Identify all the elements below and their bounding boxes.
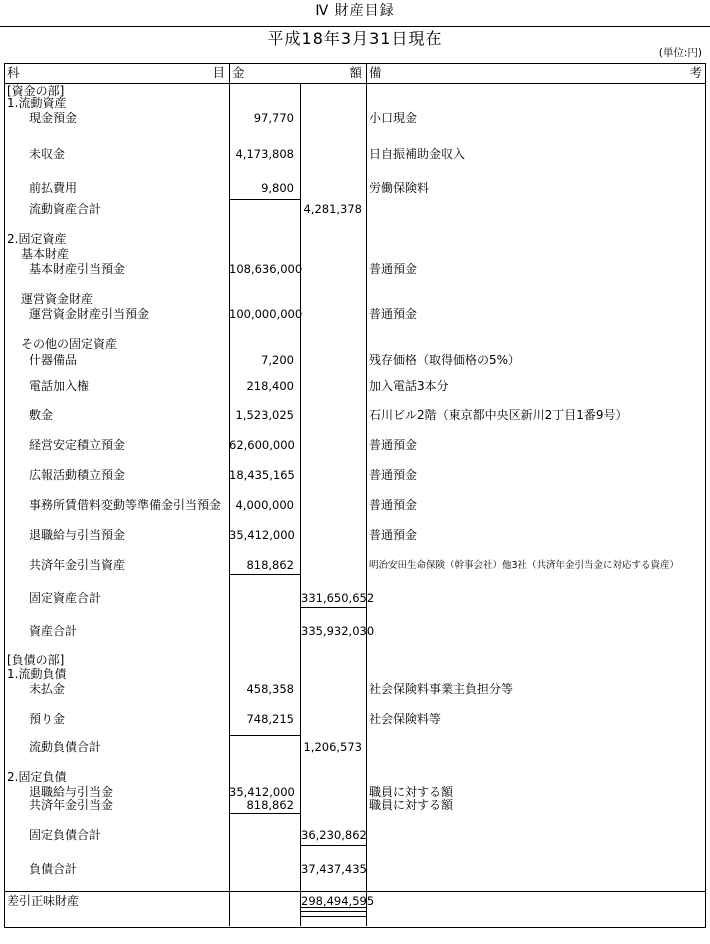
- total-rule-line: [229, 199, 301, 200]
- row-label: 広報活動積立預金: [29, 469, 125, 482]
- table-row: 1.流動資産: [0, 97, 710, 110]
- row-amount: 4,173,808: [229, 148, 294, 161]
- row-amount: 97,770: [229, 112, 294, 125]
- header-subject-right: 目: [212, 66, 225, 80]
- table-row: 預り金748,215社会保険料等: [0, 713, 710, 726]
- table-row: 固定負債合計36,230,862: [0, 829, 710, 842]
- row-label: 敷金: [29, 409, 53, 422]
- row-label: 固定負債合計: [29, 829, 101, 842]
- row-label: 1.流動資産: [7, 97, 66, 110]
- row-remark: 明治安田生命保険（幹事会社）他3社（共済年金引当金に対応する資産）: [369, 559, 703, 572]
- row-remark: 普通預金: [369, 308, 703, 321]
- table-row: 未収金4,173,808日自振補助金収入: [0, 148, 710, 161]
- table-row: 基本財産: [0, 248, 710, 261]
- row-remark: 社会保険料等: [369, 713, 703, 726]
- table-row: 流動負債合計1,206,573: [0, 741, 710, 754]
- row-label: その他の固定資産: [21, 338, 117, 351]
- row-remark: 残存価格（取得価格の5%）: [369, 354, 703, 367]
- table-row: 電話加入権218,400加入電話3本分: [0, 380, 710, 393]
- table-row: 退職給与引当預金35,412,000普通預金: [0, 529, 710, 542]
- row-amount: 108,636,000: [229, 263, 294, 276]
- row-label: 現金預金: [29, 112, 77, 125]
- row-label: 事務所賃借料変動等準備金引当預金: [29, 499, 221, 512]
- table-row: 経営安定積立預金62,600,000普通預金: [0, 439, 710, 452]
- row-label: 共済年金引当資産: [29, 559, 125, 572]
- row-amount: 35,412,000: [229, 529, 294, 542]
- row-amount: 7,200: [229, 354, 294, 367]
- row-label: 什器備品: [29, 354, 77, 367]
- total-rule-line: [229, 574, 301, 575]
- header-remarks: 備 考: [369, 66, 702, 80]
- table-row: 現金預金97,770小口現金: [0, 112, 710, 125]
- row-label: 差引正味財産: [7, 895, 79, 908]
- row-label: 流動資産合計: [29, 203, 101, 216]
- row-remark: 普通預金: [369, 469, 703, 482]
- row-label: 共済年金引当金: [29, 799, 113, 812]
- row-amount: 335,932,030: [301, 625, 362, 638]
- unit-note: (単位:円): [480, 47, 702, 59]
- table-row: 基本財産引当預金108,636,000普通預金: [0, 263, 710, 276]
- row-amount: 36,230,862: [301, 829, 362, 842]
- page-subtitle: 平成18年3月31日現在: [0, 30, 710, 48]
- total-rule-line: [300, 907, 367, 908]
- table-row: 運営資金財産: [0, 293, 710, 306]
- page-title: Ⅳ 財産目録: [0, 3, 710, 19]
- header-bottom-line: [4, 83, 706, 84]
- table-row: 広報活動積立預金18,435,165普通預金: [0, 469, 710, 482]
- row-label: 2.固定資産: [7, 233, 66, 246]
- row-remark: 職員に対する額: [369, 799, 703, 812]
- row-amount: 218,400: [229, 380, 294, 393]
- row-label: 流動負債合計: [29, 741, 101, 754]
- total-rule-line: [300, 845, 367, 846]
- header-amount-right: 額: [349, 66, 362, 80]
- row-amount: 331,650,652: [301, 592, 362, 605]
- row-label: 運営資金財産引当預金: [29, 308, 149, 321]
- row-label: 負債合計: [29, 863, 77, 876]
- row-amount: 100,000,000: [229, 308, 294, 321]
- header-subject: 科 目: [7, 66, 225, 80]
- table-row: 2.固定負債: [0, 771, 710, 784]
- row-remark: 普通預金: [369, 499, 703, 512]
- table-row: 共済年金引当資産818,862明治安田生命保険（幹事会社）他3社（共済年金引当金…: [0, 559, 710, 572]
- table-row: 資産合計335,932,030: [0, 625, 710, 638]
- row-label: [負債の部]: [7, 654, 64, 667]
- total-rule-line: [229, 735, 301, 736]
- row-label: 資産合計: [29, 625, 77, 638]
- net-row-top-line: [4, 891, 706, 892]
- table-row: 1.流動負債: [0, 668, 710, 681]
- table-row: 什器備品7,200残存価格（取得価格の5%）: [0, 354, 710, 367]
- row-label: 前払費用: [29, 182, 77, 195]
- header-amount-left: 金: [232, 66, 245, 80]
- row-label: 基本財産引当預金: [29, 263, 125, 276]
- row-label: 未払金: [29, 683, 65, 696]
- total-rule-line: [300, 607, 367, 608]
- table-row: 事務所賃借料変動等準備金引当預金4,000,000普通預金: [0, 499, 710, 512]
- table-row: 前払費用9,800労働保険料: [0, 182, 710, 195]
- header-subject-left: 科: [7, 66, 20, 80]
- row-remark: 労働保険料: [369, 182, 703, 195]
- table-row: [負債の部]: [0, 654, 710, 667]
- row-label: 基本財産: [21, 248, 69, 261]
- row-remark: 小口現金: [369, 112, 703, 125]
- row-remark: 社会保険料事業主負担分等: [369, 683, 703, 696]
- table-row: 2.固定資産: [0, 233, 710, 246]
- row-amount: 458,358: [229, 683, 294, 696]
- row-amount: 62,600,000: [229, 439, 294, 452]
- table-row: 共済年金引当金818,862職員に対する額: [0, 799, 710, 812]
- header-remarks-right: 考: [689, 66, 702, 80]
- row-label: 未収金: [29, 148, 65, 161]
- row-amount: 1,206,573: [301, 741, 362, 754]
- row-remark: 石川ビル2階（東京都中央区新川2丁目1番9号）: [369, 409, 703, 422]
- row-amount: 818,862: [229, 799, 294, 812]
- row-amount: 748,215: [229, 713, 294, 726]
- row-amount: 4,281,378: [301, 203, 362, 216]
- document-page: Ⅳ 財産目録 平成18年3月31日現在 (単位:円) 科 目 金 額 備 考 […: [0, 0, 710, 944]
- row-amount: 9,800: [229, 182, 294, 195]
- row-amount: 37,437,435: [301, 863, 362, 876]
- row-remark: 日自振補助金収入: [369, 148, 703, 161]
- row-remark: 普通預金: [369, 263, 703, 276]
- table-row: 固定資産合計331,650,652: [0, 592, 710, 605]
- row-label: 固定資産合計: [29, 592, 101, 605]
- row-label: 1.流動負債: [7, 668, 66, 681]
- header-amount: 金 額: [232, 66, 362, 80]
- table-row: その他の固定資産: [0, 338, 710, 351]
- row-label: 2.固定負債: [7, 771, 66, 784]
- total-double-underline: [300, 911, 367, 917]
- row-label: 預り金: [29, 713, 65, 726]
- row-label: 退職給与引当預金: [29, 529, 125, 542]
- row-amount: 4,000,000: [229, 499, 294, 512]
- table-row: 運営資金財産引当預金100,000,000普通預金: [0, 308, 710, 321]
- row-remark: 普通預金: [369, 529, 703, 542]
- table-row: 未払金458,358社会保険料事業主負担分等: [0, 683, 710, 696]
- header-remarks-left: 備: [369, 66, 382, 80]
- row-label: 運営資金財産: [21, 293, 93, 306]
- title-underline: [0, 26, 710, 27]
- row-amount: 818,862: [229, 559, 294, 572]
- table-row: 負債合計37,437,435: [0, 863, 710, 876]
- row-label: 電話加入権: [29, 380, 89, 393]
- row-label: 経営安定積立預金: [29, 439, 125, 452]
- table-row: 敷金1,523,025石川ビル2階（東京都中央区新川2丁目1番9号）: [0, 409, 710, 422]
- total-rule-line: [229, 813, 301, 814]
- row-amount: 1,523,025: [229, 409, 294, 422]
- table-row: 流動資産合計4,281,378: [0, 203, 710, 216]
- row-amount: 18,435,165: [229, 469, 294, 482]
- row-remark: 普通預金: [369, 439, 703, 452]
- row-remark: 加入電話3本分: [369, 380, 703, 393]
